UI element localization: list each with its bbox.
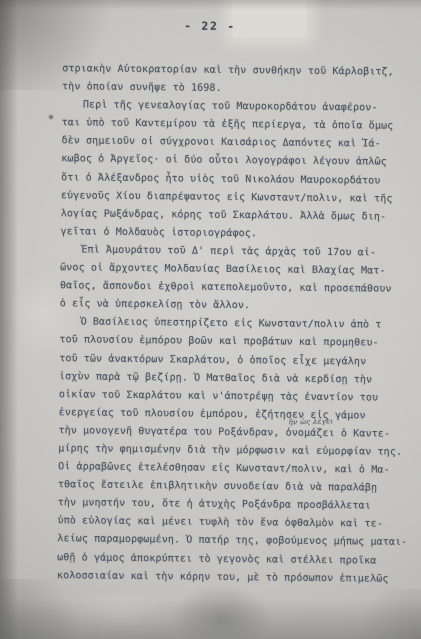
- text-line: κολοσσιαίαν καὶ τὴν κόρην του, μὲ τὸ πρό…: [57, 567, 409, 589]
- document-text: στριακὴν Αὐτοκρατορίαν καὶ τὴν συνθήκην …: [57, 60, 414, 588]
- page-number: - 22 -: [0, 18, 421, 35]
- handwritten-annotation: ἣν ὡς λέγει: [288, 417, 333, 426]
- page-content: - 22 - στριακὴν Αὐτοκρατορίαν καὶ τὴν συ…: [0, 0, 421, 639]
- scanned-page: - 22 - στριακὴν Αὐτοκρατορίαν καὶ τὴν συ…: [0, 0, 421, 639]
